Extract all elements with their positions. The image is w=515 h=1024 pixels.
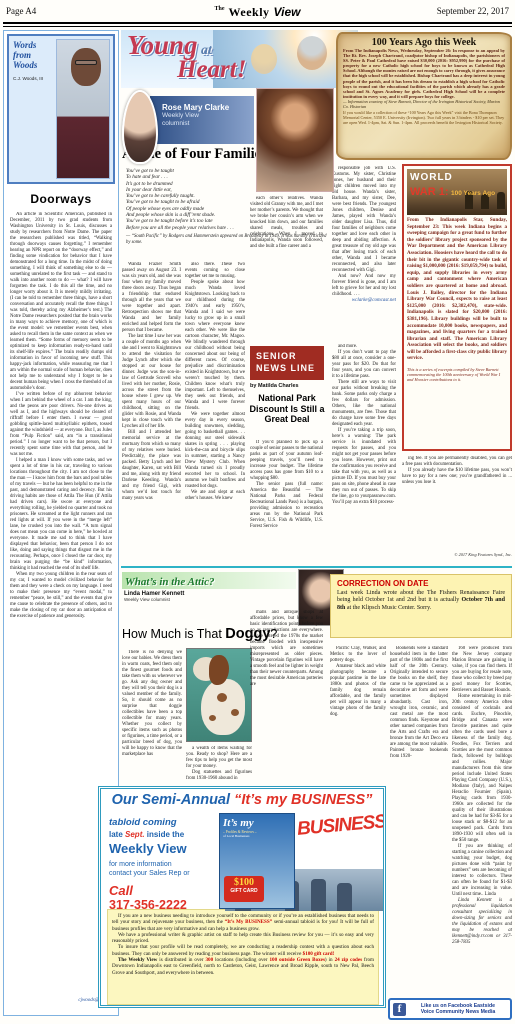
tabloid-cover-image: It’s my – Profiles & Reviews – of Local …	[219, 813, 295, 909]
paragraph: each other’s relatives. Wanda visited ol…	[250, 196, 323, 250]
paragraph: Pacific Clay, Walker, and Metlox to the …	[330, 646, 386, 664]
correction-title: CORRECTION ON DATE	[337, 579, 505, 588]
attic-byline-block: Linda Hamer Kennett Weekly View columnis…	[124, 591, 294, 602]
cover-title: It’s my	[223, 817, 291, 829]
ad-sept: Sept.	[125, 830, 145, 839]
hundred-years-body: From The Indianapolis News, Wednesday, S…	[343, 48, 505, 99]
paragraph: We were together almost every day in eve…	[185, 412, 245, 490]
ww1-soldiers-photo: WORLD WAR 1: 100 Years Ago	[407, 169, 507, 215]
paragraph: Amateur black and white photography beca…	[330, 664, 386, 718]
doorways-headline: Doorways	[10, 192, 112, 206]
ad-fine-print-box: If you are a new business needing to int…	[107, 909, 379, 1005]
section-divider-rule	[121, 566, 512, 568]
facebook-icon: f	[393, 1003, 406, 1016]
dog-figurine-body	[201, 679, 245, 735]
attic-columnist-role: Weekly View columnist	[124, 597, 294, 602]
wanda-portrait-photo	[256, 88, 334, 192]
doggy-column-5: Bookends were a standard household item …	[390, 646, 448, 994]
doggy-column-1: There is no denying we love our babies. …	[122, 650, 182, 802]
header-rule-thick	[3, 22, 512, 24]
ad-p3-highlight: $100 gift card!	[303, 951, 335, 957]
woods-byline: C.J. Woods, III	[13, 76, 51, 81]
dog-figurine-photo	[186, 648, 252, 742]
ad-tabloid-coming: tabloid coming	[109, 817, 221, 828]
correction-box: CORRECTION ON DATE Last week Linda wrote…	[330, 574, 512, 638]
national-park-column-2: and more. If you don’t want to pay the $…	[332, 344, 396, 564]
paragraph: We ate and slept at each other’s houses.…	[185, 490, 245, 502]
correction-text-end: at the Klipsch Music Center. Sorry.	[345, 605, 431, 611]
header-rule-thin	[3, 26, 512, 27]
attic-kicker-band: What’s in the Attic?	[122, 572, 296, 589]
couple-man-head	[297, 36, 327, 70]
paragraph: The senior pass (full name: America the …	[250, 482, 323, 530]
words-word3: Woods	[13, 60, 51, 70]
cover-subtitle-2: of Local Businesses	[223, 834, 291, 838]
ad-paragraph-4: The Weekly View is distributed in over 3…	[112, 957, 374, 976]
attic-kicker: What’s in the Attic?	[125, 576, 215, 588]
paragraph: An article in Scientific American, publi…	[10, 212, 112, 392]
national-park-column-1: If you’d planned to pick up a couple of …	[250, 440, 323, 564]
ad-call-label: Call	[109, 883, 221, 898]
newspaper-page: Page A4 The Weekly View September 22, 20…	[0, 0, 515, 1024]
columnist-name: Rose Mary Clarke	[162, 103, 250, 112]
national-park-column-3: ing fee. If you are permanently disabled…	[402, 456, 512, 550]
woods-email: cjwoods@att.net	[10, 998, 112, 1003]
paragraph: If you’d planned to pick up a couple of …	[250, 440, 323, 482]
ad-business-wordmark: BUSINESS	[296, 811, 386, 841]
dog-figurine-spot	[217, 693, 227, 702]
ww1-footnote: This is a series of excerpts compiled by…	[407, 367, 507, 382]
columnist-role2: columnist	[162, 120, 250, 128]
ad-p1-highlight: “It’s My BUSINESS”	[225, 919, 273, 925]
masthead-view: View	[274, 5, 301, 19]
ad-left-copy: tabloid coming late Sept. inside the Wee…	[109, 817, 221, 912]
king-features-copyright: © 2017 King Features Synd., Inc.	[402, 552, 512, 557]
linda-kennett-bio: Linda Kennett is a professional liquidat…	[452, 898, 512, 946]
dog-figurine-spot	[209, 715, 216, 721]
paragraph: I helped a man I know with some tasks, a…	[10, 458, 112, 572]
cj-woods-face	[71, 48, 101, 86]
person-silhouette	[311, 879, 326, 911]
doggy-column-4: Pacific Clay, Walker, and Metlox to the …	[330, 646, 386, 784]
ww1-title-world: WORLD	[410, 172, 453, 183]
senior-byline: by Matilda Charles	[250, 383, 324, 389]
clarke-email: wclarke@comcast.net	[332, 298, 396, 304]
words-from-woods-label: Words from Woods C.J. Woods, III	[9, 36, 53, 182]
hundred-years-credit: — Information courtesy of Steve Barnett,…	[343, 100, 505, 110]
senior-news-line-box: Senior News Line	[250, 346, 324, 380]
gift-card-badge: $100 GIFT CARD	[224, 876, 264, 902]
facebook-text: Like us on Facebook Eastside Voice Commu…	[409, 1003, 507, 1016]
tale-column-2: also there. These two events coming so c…	[185, 262, 245, 564]
facebook-line2: Voice Community News Media	[409, 1009, 507, 1016]
hundred-years-ago-box: 100 Years Ago this Week From The Indiana…	[336, 32, 512, 160]
paragraph: If you don’t want to pay the $80 all at …	[332, 350, 396, 380]
ad-weekly-view-brand: Weekly View	[109, 841, 221, 856]
gift-card-label: GIFT CARD	[224, 888, 264, 894]
masthead-weekly: Weekly	[229, 5, 270, 19]
columnist-role1: Weekly View	[162, 112, 250, 120]
doggy-column-3: malls and antique shops at affordable pr…	[250, 610, 323, 784]
facebook-bar[interactable]: f Like us on Facebook Eastside Voice Com…	[388, 998, 512, 1020]
ad-paragraph-3: To insure that your profile will be read…	[112, 944, 374, 957]
paragraph: I’ve written before of my abhorrent beha…	[10, 392, 112, 458]
doggy-headline-pre: How Much is That	[122, 627, 225, 641]
paragraph: Dog statuettes and figurines from 1930-1…	[186, 770, 252, 782]
masthead-the: The	[215, 6, 225, 12]
paragraph: Wanda Frazier Smith passed away on Augus…	[122, 262, 181, 334]
young-at-heart-banner: Young at Heart!	[121, 30, 358, 88]
paragraph: When my two young children in the rear s…	[10, 572, 112, 620]
hundred-years-footer: If you would like a collection of these …	[343, 111, 505, 126]
cj-woods-glasses	[75, 60, 97, 65]
senior-kicker-1: Senior	[256, 350, 324, 362]
paragraph: There is no denying we love our babies. …	[122, 650, 182, 758]
person-silhouette	[337, 883, 352, 911]
tale-column-3: each other’s relatives. Wanda visited ol…	[250, 196, 323, 342]
gift-card-amount: $100	[224, 878, 264, 888]
ad-paragraph-2: We have a professional writer & graphic …	[112, 932, 374, 945]
cj-woods-photo	[56, 39, 110, 179]
doorways-article: An article in Scientific American, publi…	[10, 212, 112, 994]
paragraph: Bill and I attended her memorial service…	[122, 430, 181, 502]
ad-info-line1: for more information	[109, 861, 221, 870]
ad-p3-text: To insure that your profile will be read…	[112, 944, 374, 956]
ww1-subtitle: 100 Years Ago	[451, 190, 495, 197]
ad-late-sept-line: late Sept. inside the	[109, 830, 221, 839]
columnist-bar: Rose Mary Clarke Weekly View columnist	[150, 96, 254, 144]
paragraph: 160 were produced from the New Jersey co…	[452, 646, 512, 694]
ww1-title-war1: WAR 1:	[410, 186, 449, 198]
hundred-years-title: 100 Years Ago this Week	[343, 37, 505, 48]
senior-kicker-2: News Line	[256, 362, 324, 374]
doggy-column-6: 160 were produced from the New Jersey co…	[452, 646, 512, 994]
world-war-1-box: WORLD WAR 1: 100 Years Ago From The Indi…	[402, 164, 512, 451]
words-word1: Words	[13, 40, 51, 50]
ww1-body: From The Indianapolis Star, Sunday, Sept…	[407, 218, 507, 363]
paragraph: Home entertaining in mid-20th century Am…	[452, 694, 512, 844]
logo-heart: Heart!	[177, 56, 246, 84]
ad-late: late	[109, 830, 125, 839]
national-park-headline: National Park Discount Is Still a Great …	[245, 393, 329, 425]
paragraph: malls and antique shops at affordable pr…	[250, 610, 323, 688]
paragraph: also there. These two events coming so c…	[185, 262, 245, 280]
paragraph: a wealth of items waiting for you. Ready…	[186, 746, 252, 770]
ad-title-blue: Our Semi-Annual	[112, 792, 234, 808]
paragraph: If you already have the $10 lifetime pas…	[402, 468, 512, 486]
paragraph: The last time I saw her was a couple of …	[122, 334, 181, 430]
paragraph: responsible job with U.S. Customs. My si…	[332, 166, 396, 274]
paragraph: There still are ways to visit our parks …	[332, 380, 396, 428]
dog-figurine-spot	[231, 709, 239, 716]
paragraph: Bookends were a standard household item …	[390, 646, 448, 760]
tale-column-4: responsible job with U.S. Customs. My si…	[332, 166, 396, 340]
ad-title: Our Semi-Annual “It’s my BUSINESS”	[101, 792, 383, 808]
words-from-woods-box: Words from Woods C.J. Woods, III	[7, 34, 115, 184]
ad-info-line2: contact your Sales Rep or	[109, 870, 221, 879]
words-word2: from	[13, 50, 51, 60]
ad-title-red: “It’s my BUSINESS”	[234, 792, 372, 808]
its-my-business-ad: Our Semi-Annual “It’s my BUSINESS” tablo…	[98, 786, 386, 1008]
paragraph: ing fee. If you are permanently disabled…	[402, 456, 512, 468]
tale-column-1: Wanda Frazier Smith passed away on Augus…	[122, 262, 181, 564]
couple-woman-head	[251, 44, 277, 74]
soldier-silhouette	[497, 192, 505, 209]
issue-date: September 22, 2017	[437, 6, 509, 16]
paragraph: And now? And now my forever friend is go…	[332, 274, 396, 298]
correction-body: Last week Linda wrote about the The Fish…	[337, 590, 505, 612]
ad-paragraph-1: If you are a new business needing to int…	[112, 913, 374, 932]
paragraph: If you’re taking a trip soon, here’s a w…	[332, 428, 396, 506]
paragraph: If you are thinking of starting a canine…	[452, 844, 512, 898]
paragraph: People spoke about how much Wanda loved …	[185, 280, 245, 412]
ad-inside-the: inside the	[145, 830, 185, 839]
